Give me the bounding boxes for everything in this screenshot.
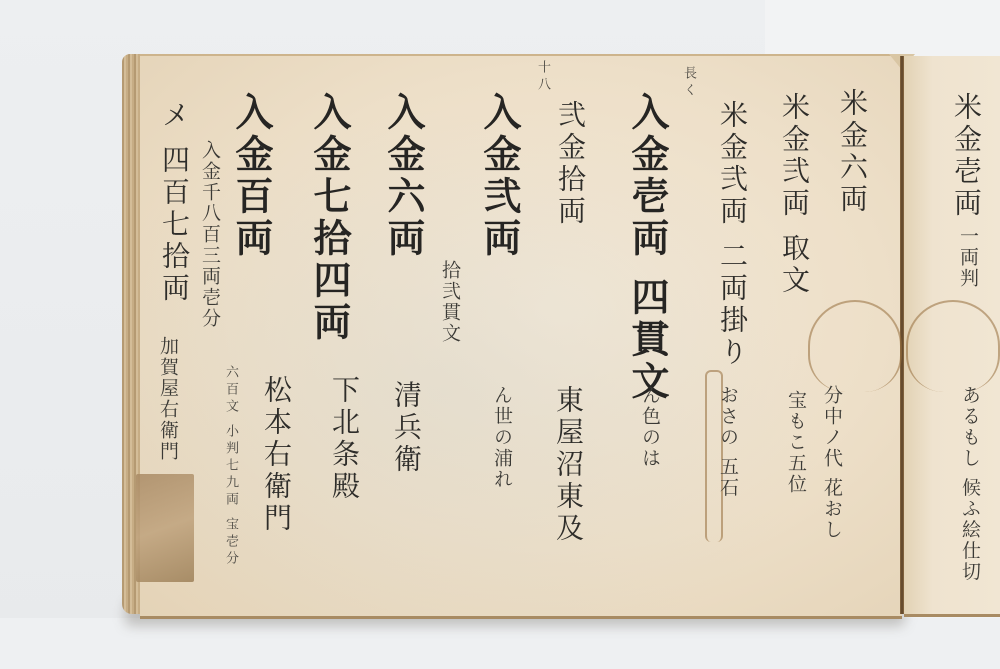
- col-2-bottom: 宝もこ五位: [786, 390, 805, 495]
- right-col-1-bottom: 一両判: [958, 226, 977, 289]
- col-10-top: 入金百両: [232, 92, 270, 260]
- col-9-top: 入金七拾四両: [310, 92, 348, 344]
- col-9-bottom: 下北条殿: [330, 375, 358, 503]
- col-10-bottom: 松本右衛門: [262, 375, 290, 535]
- col-7-top: 拾弐貫文: [440, 260, 459, 344]
- col-5-top: 弐金拾両: [556, 100, 584, 228]
- col-4-annotation: 長く: [682, 66, 695, 100]
- col-12-top: メ 四百七拾両: [160, 100, 188, 305]
- paper-repair-patch: [136, 474, 194, 582]
- col-1-bottom: 分中ノ代 花おし: [822, 385, 841, 540]
- col-6-annotation: 十八: [536, 60, 549, 94]
- right-col-1-top: 米金壱両: [952, 92, 980, 220]
- col-4-bottom: ん色のは: [640, 385, 659, 469]
- col-6-top: 入金弐両: [480, 92, 518, 260]
- col-4-top: 入金壱両 四貫文: [628, 92, 666, 403]
- col-5-bottom: 東屋沼東及: [554, 385, 582, 545]
- col-11-top: 入金千八百三両壱分: [200, 140, 219, 329]
- water-stain: [808, 300, 902, 392]
- water-stain: [906, 300, 1000, 392]
- col-3-bottom: おさの 五石: [718, 385, 737, 498]
- col-2-top: 米金弐両 取文: [780, 92, 808, 297]
- col-1-top: 米金六両: [838, 88, 866, 216]
- col-8-bottom: 清兵衛: [392, 380, 420, 476]
- col-6-bottom: ん世の浦れ: [492, 385, 511, 490]
- col-8-top: 入金六両: [384, 92, 422, 260]
- col-3-top: 米金弐両 二両掛り: [718, 100, 746, 369]
- right-col-2-bottom: あるもし 候ふ絵仕切: [960, 385, 979, 582]
- col-11-bottom: 六百文 小判七九両 宝壱分: [224, 365, 237, 568]
- col-12-bottom: 加賀屋右衛門: [158, 336, 177, 462]
